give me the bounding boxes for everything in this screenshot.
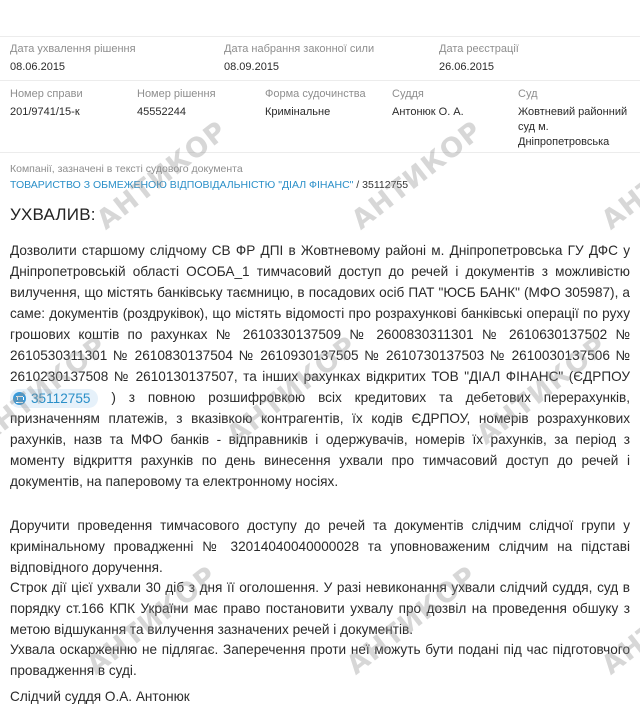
meta-decision-number: Номер рішення 45552244 [137, 87, 216, 120]
meta-judge: Суддя Антонюк О. А. [392, 87, 464, 120]
meta-case-number: Номер справи 201/9741/15-к [10, 87, 83, 120]
company-code: 35112755 [362, 179, 408, 191]
meta-label: Суд [518, 87, 633, 101]
meta-court: Суд Жовтневий районний суд м. Дніпропетр… [518, 87, 633, 150]
meta-label: Суддя [392, 87, 464, 101]
paragraph-appeal: Ухвала оскарженню не підлягає. Заперечен… [10, 639, 630, 681]
paragraph-validity: Строк дії цієї ухвали 30 діб з дня її ог… [10, 577, 630, 640]
meta-value: Жовтневий районний суд м. Дніпропетровсь… [518, 105, 633, 150]
meta-decision-date: Дата ухвалення рішення 08.06.2015 [10, 42, 136, 75]
meta-label: Дата реєстрації [439, 42, 519, 56]
meta-value: Антонюк О. А. [392, 105, 464, 120]
top-divider [0, 36, 640, 37]
signature: Слідчий суддя О.А. Антонюк [10, 686, 630, 707]
meta-value: 26.06.2015 [439, 60, 519, 75]
companies-divider [0, 152, 640, 153]
meta-value: 08.09.2015 [224, 60, 374, 75]
court-decision-page: Дата ухвалення рішення 08.06.2015 Дата н… [0, 0, 640, 719]
company-item: ТОВАРИСТВО З ОБМЕЖЕНОЮ ВІДПОВІДАЛЬНІСТЮ … [10, 179, 408, 191]
meta-value: 201/9741/15-к [10, 105, 83, 120]
edrpou-code: 35112755 [31, 388, 90, 409]
meta-effective-date: Дата набрання законної сили 08.09.2015 [224, 42, 374, 75]
meta-registration-date: Дата реєстрації 26.06.2015 [439, 42, 519, 75]
paragraph-access-permission: Дозволити старшому слідчому СВ ФР ДПІ в … [10, 240, 630, 492]
decision-heading: УХВАЛИВ: [10, 205, 96, 225]
paragraph-text: Дозволити старшому слідчому СВ ФР ДПІ в … [10, 243, 630, 384]
paragraph-assignment: Доручити проведення тимчасового доступу … [10, 515, 630, 578]
meta-divider [0, 80, 640, 81]
meta-value: Кримінальне [265, 105, 366, 120]
meta-label: Дата ухвалення рішення [10, 42, 136, 56]
institution-icon [13, 392, 26, 405]
meta-label: Номер справи [10, 87, 83, 101]
meta-value: 08.06.2015 [10, 60, 136, 75]
paragraph-text: ) з повною розшифровкою всіх кредитових … [10, 390, 630, 489]
company-separator: / [353, 179, 362, 191]
meta-proceeding-form: Форма судочинства Кримінальне [265, 87, 366, 120]
watermark: АНТИКОР [346, 115, 488, 236]
edrpou-badge[interactable]: 35112755 [10, 389, 98, 408]
watermark: АНТИКОР [91, 115, 233, 236]
meta-value: 45552244 [137, 105, 216, 120]
meta-label: Форма судочинства [265, 87, 366, 101]
meta-label: Дата набрання законної сили [224, 42, 374, 56]
company-link[interactable]: ТОВАРИСТВО З ОБМЕЖЕНОЮ ВІДПОВІДАЛЬНІСТЮ … [10, 179, 353, 191]
companies-label: Компанії, зазначені в тексті судового до… [10, 163, 243, 175]
meta-label: Номер рішення [137, 87, 216, 101]
